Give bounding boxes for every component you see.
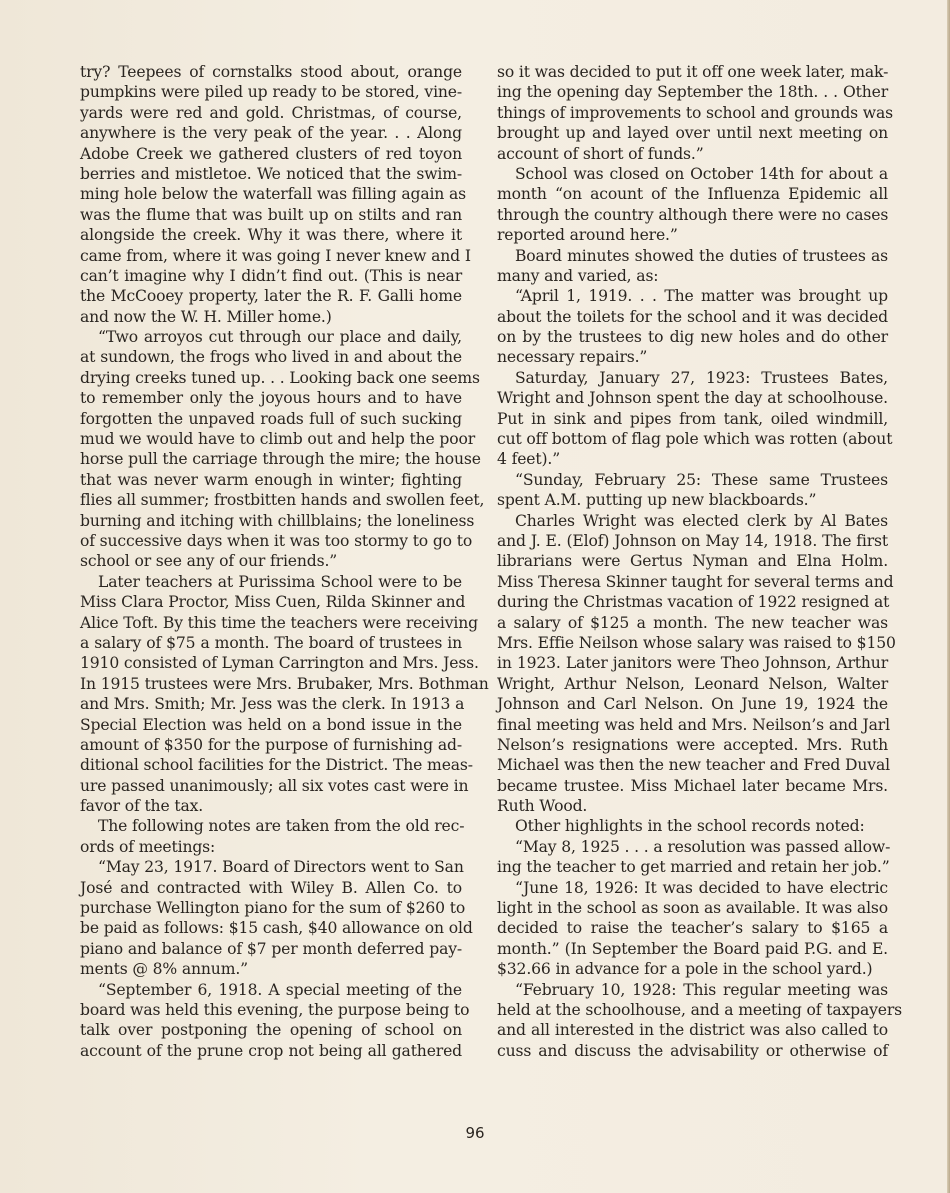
text-line: ing the opening day September the 18th. … — [497, 82, 888, 102]
text-line: at sundown, the frogs who lived in and a… — [80, 347, 462, 367]
text-line: cut off bottom of flag pole which was ro… — [497, 429, 888, 449]
text-line: “Two arroyos cut through our place and d… — [80, 327, 462, 347]
text-line: spent A.M. putting up new blackboards.” — [497, 490, 888, 510]
text-line: Wright, Arthur Nelson, Leonard Nelson, W… — [497, 674, 888, 694]
text-line: purchase Wellington piano for the sum of… — [80, 898, 462, 918]
text-line: School was closed on October 14th for ab… — [497, 164, 888, 184]
text-line: became trustee. Miss Michael later becam… — [497, 776, 888, 796]
text-line: Nelson’s resignations were accepted. Mrs… — [497, 735, 888, 755]
right-text-column: so it was decided to put it off one week… — [497, 62, 888, 1061]
text-line: The following notes are taken from the o… — [80, 816, 462, 836]
text-line: many and varied, as: — [497, 266, 888, 286]
text-line: and all interested in the district was a… — [497, 1020, 888, 1040]
text-line: was the flume that was built up on stilt… — [80, 205, 462, 225]
text-line: during the Christmas vacation of 1922 re… — [497, 592, 888, 612]
text-line: to remember only the joyous hours and to… — [80, 388, 462, 408]
text-line: yards were red and gold. Christmas, of c… — [80, 103, 462, 123]
text-line: month “on acount of the Influenza Epidem… — [497, 184, 888, 204]
text-line: favor of the tax. — [80, 796, 462, 816]
text-line: “Sunday, February 25: These same Trustee… — [497, 470, 888, 490]
text-line: held at the schoolhouse, and a meeting o… — [497, 1000, 888, 1020]
text-line: a salary of $125 a month. The new teache… — [497, 613, 888, 633]
text-line: ming hole below the waterfall was fillin… — [80, 184, 462, 204]
text-line: Alice Toft. By this time the teachers we… — [80, 613, 462, 633]
text-line: burning and itching with chillblains; th… — [80, 511, 462, 531]
book-page: try? Teepees of cornstalks stood about, … — [0, 0, 950, 1193]
text-line: José and contracted with Wiley B. Allen … — [80, 878, 462, 898]
text-line: Miss Clara Proctor, Miss Cuen, Rilda Ski… — [80, 592, 462, 612]
text-line: month.” (In September the Board paid P.G… — [497, 939, 888, 959]
text-line: try? Teepees of cornstalks stood about, … — [80, 62, 462, 82]
text-line: account of the prune crop not being all … — [80, 1041, 462, 1061]
text-line: flies all summer; frostbitten hands and … — [80, 490, 462, 510]
text-line: ing the teacher to get married and retai… — [497, 857, 888, 877]
text-line: can’t imagine why I didn’t find out. (Th… — [80, 266, 462, 286]
text-line: a salary of $75 a month. The board of tr… — [80, 633, 462, 653]
text-line: “February 10, 1928: This regular meeting… — [497, 980, 888, 1000]
text-line: horse pull the carriage through the mire… — [80, 449, 462, 469]
text-line: came from, where it was going I never kn… — [80, 246, 462, 266]
text-line: brought up and layed over until next mee… — [497, 123, 888, 143]
text-line: alongside the creek. Why it was there, w… — [80, 225, 462, 245]
text-line: Saturday, January 27, 1923: Trustees Bat… — [497, 368, 888, 388]
text-line: account of short of funds.” — [497, 144, 888, 164]
text-line: librarians were Gertus Nyman and Elna Ho… — [497, 551, 888, 571]
text-line: Other highlights in the school records n… — [497, 816, 888, 836]
text-line: ords of meetings: — [80, 837, 462, 857]
text-line: final meeting was held and Mrs. Neilson’… — [497, 715, 888, 735]
text-line: amount of $350 for the purpose of furnis… — [80, 735, 462, 755]
text-line: light in the school as soon as available… — [497, 898, 888, 918]
text-line: 4 feet).” — [497, 449, 888, 469]
text-line: that was never warm enough in winter; fi… — [80, 470, 462, 490]
text-line: Mrs. Effie Neilson whose salary was rais… — [497, 633, 888, 653]
text-line: be paid as follows: $15 cash, $40 allowa… — [80, 918, 462, 938]
text-line: Michael was then the new teacher and Fre… — [497, 755, 888, 775]
text-line: $32.66 in advance for a pole in the scho… — [497, 959, 888, 979]
text-line: anywhere is the very peak of the year. .… — [80, 123, 462, 143]
text-line: forgotten the unpaved roads full of such… — [80, 409, 462, 429]
text-line: of successive days when it was too storm… — [80, 531, 462, 551]
text-line: 1910 consisted of Lyman Carrington and M… — [80, 653, 462, 673]
text-line: Later teachers at Purissima School were … — [80, 572, 462, 592]
text-line: Miss Theresa Skinner taught for several … — [497, 572, 888, 592]
text-line: about the toilets for the school and it … — [497, 307, 888, 327]
text-line: school or see any of our friends.” — [80, 551, 462, 571]
text-line: “May 23, 1917. Board of Directors went t… — [80, 857, 462, 877]
text-line: cuss and discuss the advisability or oth… — [497, 1041, 888, 1061]
text-line: drying creeks tuned up. . . Looking back… — [80, 368, 462, 388]
text-line: Ruth Wood. — [497, 796, 888, 816]
text-line: in 1923. Later janitors were Theo Johnso… — [497, 653, 888, 673]
text-line: board was held this evening, the purpose… — [80, 1000, 462, 1020]
text-line: on by the trustees to dig new holes and … — [497, 327, 888, 347]
text-line: mud we would have to climb out and help … — [80, 429, 462, 449]
text-line: Special Election was held on a bond issu… — [80, 715, 462, 735]
text-line: so it was decided to put it off one week… — [497, 62, 888, 82]
page-number: 96 — [0, 1124, 950, 1142]
text-line: “May 8, 1925 . . . a resolution was pass… — [497, 837, 888, 857]
text-line: “June 18, 1926: It was decided to have e… — [497, 878, 888, 898]
text-line: decided to raise the teacher’s salary to… — [497, 918, 888, 938]
text-line: Charles Wright was elected clerk by Al B… — [497, 511, 888, 531]
text-line: ments @ 8% annum.” — [80, 959, 462, 979]
text-line: things of improvements to school and gro… — [497, 103, 888, 123]
text-line: pumpkins were piled up ready to be store… — [80, 82, 462, 102]
text-line: necessary repairs.” — [497, 347, 888, 367]
text-line: and now the W. H. Miller home.) — [80, 307, 462, 327]
text-line: Put in sink and pipes from tank, oiled w… — [497, 409, 888, 429]
text-line: and Mrs. Smith; Mr. Jess was the clerk. … — [80, 694, 462, 714]
text-line: Adobe Creek we gathered clusters of red … — [80, 144, 462, 164]
text-line: berries and mistletoe. We noticed that t… — [80, 164, 462, 184]
text-line: Wright and Johnson spent the day at scho… — [497, 388, 888, 408]
text-line: “April 1, 1919. . . The matter was broug… — [497, 286, 888, 306]
text-line: piano and balance of $7 per month deferr… — [80, 939, 462, 959]
text-line: ure passed unanimously; all six votes ca… — [80, 776, 462, 796]
text-line: Board minutes showed the duties of trust… — [497, 246, 888, 266]
text-line: In 1915 trustees were Mrs. Brubaker, Mrs… — [80, 674, 462, 694]
text-line: “September 6, 1918. A special meeting of… — [80, 980, 462, 1000]
text-line: and J. E. (Elof) Johnson on May 14, 1918… — [497, 531, 888, 551]
left-text-column: try? Teepees of cornstalks stood about, … — [80, 62, 462, 1061]
text-line: talk over postponing the opening of scho… — [80, 1020, 462, 1040]
text-line: through the country although there were … — [497, 205, 888, 225]
text-line: the McCooey property, later the R. F. Ga… — [80, 286, 462, 306]
text-line: reported around here.” — [497, 225, 888, 245]
text-line: ditional school facilities for the Distr… — [80, 755, 462, 775]
text-line: Johnson and Carl Nelson. On June 19, 192… — [497, 694, 888, 714]
